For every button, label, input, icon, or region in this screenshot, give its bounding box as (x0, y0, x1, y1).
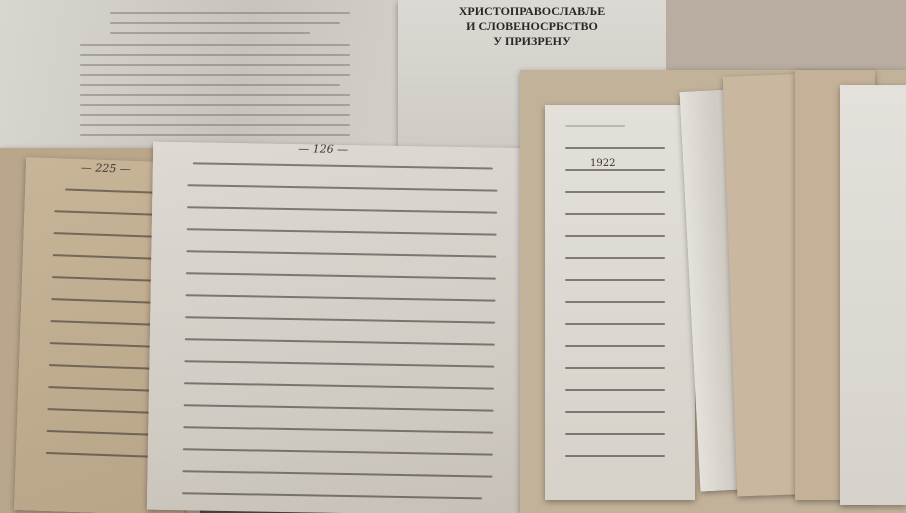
tray-top-right (666, 0, 906, 70)
right-small-card: 1922 (545, 105, 695, 500)
booklet-title-line2: И СЛОВЕНОСРБСТВО (398, 19, 666, 34)
center-handwritten-page: — 126 — (147, 142, 543, 513)
booklet-title-line1: ХРИСТОПРАВОСЛАВЉЕ (398, 4, 666, 19)
booklet-title-line3: У ПРИЗРЕНУ (398, 34, 666, 49)
right-white-sheet (840, 85, 906, 505)
typed-page: …и чуј глас Господа где говори… (0, 0, 398, 150)
